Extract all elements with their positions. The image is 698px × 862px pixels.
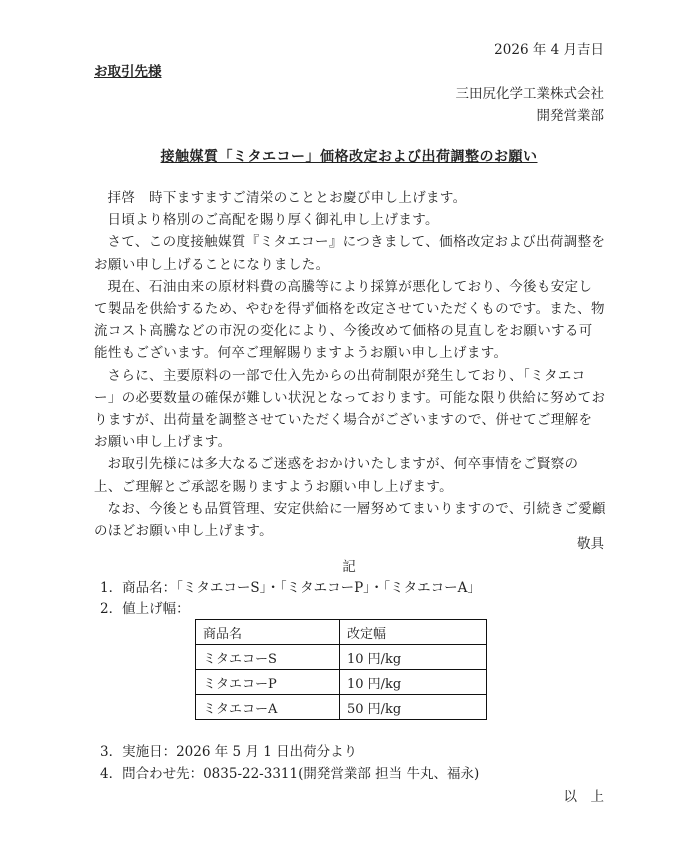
paragraph-apology: お取引先様には多大なるご迷惑をおかけいたしますが、何卒事情をご賢察の上、ご理解と… — [94, 453, 606, 497]
paragraph-closing-remarks: なお、今後とも品質管理、安定供給に一層努めてまいりますので、引続きご愛顧のほどお… — [94, 498, 606, 542]
closing-keigu: 敬具 — [577, 536, 604, 552]
table-header-row: 商品名 改定幅 — [196, 620, 487, 645]
note-item-product-names: 1．商品名：「ミタエコーS」・「ミタエコーP」・「ミタエコーA」 — [100, 580, 481, 596]
paragraph-thanks: 日頃より格別のご高配を賜り厚く御礼申し上げます。 — [94, 209, 606, 231]
paragraph-reason-price: 現在、石油由来の原材料費の高騰等により採算が悪化しており、今後も安定して製品を供… — [94, 276, 606, 365]
table-cell-product: ミタエコーS — [196, 645, 340, 670]
sender-department: 開発営業部 — [537, 108, 605, 124]
closing-ijou: 以 上 — [564, 789, 605, 805]
document-title: 接触媒質「ミタエコー」価格改定および出荷調整のお願い — [0, 146, 698, 166]
table-header-revision: 改定幅 — [340, 620, 487, 645]
table-cell-product: ミタエコーA — [196, 695, 340, 720]
table-row: ミタエコーP 10 円/kg — [196, 670, 487, 695]
paragraph-announcement: さて、この度接触媒質『ミタエコー』につきまして、価格改定および出荷調整をお願い申… — [94, 231, 606, 275]
note-item-effective-date: 3．実施日：2026 年 5 月 1 日出荷分より — [100, 744, 357, 760]
price-revision-table: 商品名 改定幅 ミタエコーS 10 円/kg ミタエコーP 10 円/kg ミタ… — [195, 619, 487, 720]
table-row: ミタエコーS 10 円/kg — [196, 645, 487, 670]
table-cell-product: ミタエコーP — [196, 670, 340, 695]
recipient: お取引先様 — [94, 64, 162, 80]
table-cell-revision: 50 円/kg — [340, 695, 487, 720]
note-item-contact: 4．問合わせ先：0835-22-3311(開発営業部 担当 牛丸、福永) — [100, 766, 479, 782]
table-row: ミタエコーA 50 円/kg — [196, 695, 487, 720]
notes-heading: 記 — [0, 559, 698, 575]
note-item-price-increase: 2．値上げ幅： — [100, 601, 190, 617]
document-date: 2026 年 4 月吉日 — [494, 42, 604, 58]
paragraph-reason-supply: さらに、主要原料の一部で仕入先からの出荷制限が発生しており、「ミタエコー」の必要… — [94, 365, 606, 454]
letter-body: 拝啓 時下ますますご清栄のこととお慶び申し上げます。 日頃より格別のご高配を賜り… — [94, 187, 606, 542]
table-header-product: 商品名 — [196, 620, 340, 645]
document-page: 2026 年 4 月吉日 お取引先様 三田尻化学工業株式会社 開発営業部 接触媒… — [0, 0, 698, 862]
sender-company: 三田尻化学工業株式会社 — [456, 86, 605, 102]
paragraph-greeting: 拝啓 時下ますますご清栄のこととお慶び申し上げます。 — [94, 187, 606, 209]
table-cell-revision: 10 円/kg — [340, 670, 487, 695]
table-cell-revision: 10 円/kg — [340, 645, 487, 670]
